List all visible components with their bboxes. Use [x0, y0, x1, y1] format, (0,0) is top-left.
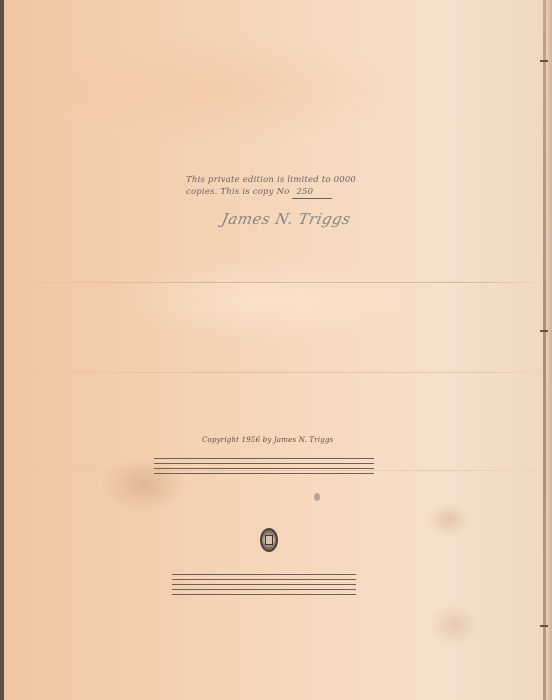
seal-inner-mark [265, 535, 273, 545]
rule-line [172, 594, 356, 595]
limitation-line-2-text: copies. This is copy No [186, 187, 290, 197]
copyright-notice: Copyright 1956 by James N. Triggs [202, 436, 333, 444]
rule-line [172, 574, 356, 575]
rule-line [154, 468, 374, 469]
limitation-line-2: copies. This is copy No 250 [186, 186, 386, 199]
decorative-rules-upper [154, 458, 374, 478]
author-signature: James N. Triggs [220, 210, 352, 228]
rule-line [172, 589, 356, 590]
binding-stitch [540, 330, 548, 332]
book-page: This private edition is limited to 0000 … [4, 0, 552, 700]
ink-spot [314, 493, 320, 501]
rule-line [154, 463, 374, 464]
page-fold-line [4, 282, 552, 283]
publisher-seal-icon [260, 528, 278, 552]
page-fold-line [4, 372, 552, 373]
decorative-rules-lower [172, 574, 356, 598]
limitation-statement: This private edition is limited to 0000 … [186, 174, 386, 199]
rule-line [154, 458, 374, 459]
rule-line [172, 579, 356, 580]
rule-line [154, 473, 374, 474]
rule-line [172, 584, 356, 585]
binding-stitch [540, 625, 548, 627]
binding-stitch [540, 60, 548, 62]
limitation-line-1: This private edition is limited to 0000 [186, 174, 386, 186]
page-edge [546, 0, 552, 700]
copy-number: 250 [292, 186, 332, 199]
